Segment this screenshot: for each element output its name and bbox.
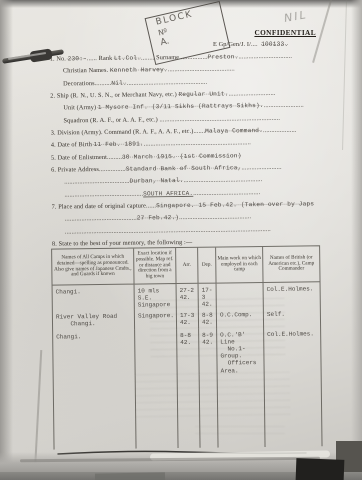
form-label: ........................ [241, 164, 281, 171]
table-cell: River Valley Road Changi. [53, 309, 135, 330]
background-dark-patch [95, 472, 165, 480]
form-label: Christian Names. [63, 67, 110, 75]
typed-entry: Preston. [208, 53, 239, 60]
table-header-cell: Names of All Camps in which detained—spe… [52, 249, 134, 286]
form-label: ...... Rank [87, 55, 114, 62]
service-details-form: 1. No. 230:-...... Rank Lt.Col......... … [50, 47, 314, 248]
form-label: 1. No. [50, 55, 68, 62]
table-header-cell: Dep. [198, 248, 216, 284]
table-header-cell: Exact location if possible. Map ref. or … [134, 248, 176, 285]
table-cell: Changi. [53, 285, 135, 311]
form-label: ........................................ [168, 66, 235, 74]
typed-entry: Malaya Command. [205, 127, 263, 135]
table-row: Changi.10 mls S.E. Singapore27-2 42.17-3… [53, 282, 320, 310]
reference-label: E Gp/Gen/J. I/.... [213, 41, 258, 48]
typed-entry: Kenneth Harvey. [110, 66, 168, 74]
table-header-cell: Main work on which employed in each camp [216, 247, 263, 284]
table-cell: 27-2 42. [177, 284, 199, 309]
typed-entry: Nil. [111, 79, 127, 86]
table-cell: 10 mls S.E. Singapore [135, 284, 177, 309]
table-cell: Singapore. [135, 309, 177, 330]
file-reference: E Gp/Gen/J. I/.... 100133. [213, 41, 288, 48]
table-cell: Col.E.Holmes. [264, 282, 320, 307]
table-cell [217, 283, 264, 308]
table-cell-empty [178, 374, 201, 448]
table-cell: O.C.'B' Line No.1-Group. Officers Area. [217, 328, 265, 375]
typed-entry: Durban, Natal. [130, 177, 184, 185]
scan-edge-left [0, 0, 13, 480]
table-cell: 17-3 42. [199, 284, 217, 309]
table-cell: 8-8 42. [177, 328, 200, 374]
reference-value: 100133. [261, 41, 288, 48]
form-label: 4. Date of Birth [51, 141, 94, 149]
table-cell: Changi. [53, 329, 136, 376]
table-cell-empty [218, 374, 266, 448]
table-cell: 17-3 42. [177, 308, 199, 328]
scan-edge-top [0, 0, 362, 8]
table-cell: Self. [264, 307, 320, 328]
form-label: ........................ [264, 102, 304, 109]
typed-entry: 230:- [68, 55, 87, 62]
table-cell-empty [265, 373, 322, 447]
table-cell: O.C.Comp. [217, 308, 264, 329]
table-cell: 8-9 42. [199, 328, 218, 374]
camps-table: Names of All Camps in which detained—spe… [51, 245, 322, 449]
typed-entry: 11 Feb. 1891. [94, 141, 144, 149]
typed-entry: 27 Feb.42.) [137, 214, 180, 222]
scanned-pow-questionnaire: 1. No. 230:-...... Rank Lt.Col......... … [0, 0, 362, 480]
table-cell-empty [200, 374, 219, 448]
table-cell [135, 329, 178, 376]
table-empty-rows [54, 373, 322, 450]
form-label: ....................................... [64, 178, 129, 186]
form-label: ................................ [238, 53, 292, 61]
form-label: Unit (Army) [63, 104, 98, 111]
table-row: Changi.8-8 42.8-9 42.O.C.'B' Line No.1-G… [53, 327, 321, 376]
document-content: 1. No. 230:-...... Rank Lt.Col......... … [0, 0, 362, 480]
typed-entry: Lt.Col. [114, 54, 141, 61]
table-cell: Col.E.Holmes. [264, 327, 321, 374]
table-header-cell: Arr. [176, 248, 198, 284]
table-header-cell: Names of British (or American etc.), Cam… [263, 246, 319, 283]
form-label: .................... [263, 127, 297, 134]
table-cell-empty [54, 375, 137, 449]
table-header-row: Names of All Camps in which detained—spe… [52, 246, 319, 285]
background-dark-corner [296, 458, 345, 480]
scan-edge-right [351, 0, 362, 480]
table-body: Changi.10 mls S.E. Singapore27-2 42.17-3… [53, 282, 322, 449]
table-cell: 8-8 42. [199, 308, 217, 328]
confidential-marking: CONFIDENTIAL [238, 28, 316, 37]
table-cell-empty [136, 375, 179, 449]
